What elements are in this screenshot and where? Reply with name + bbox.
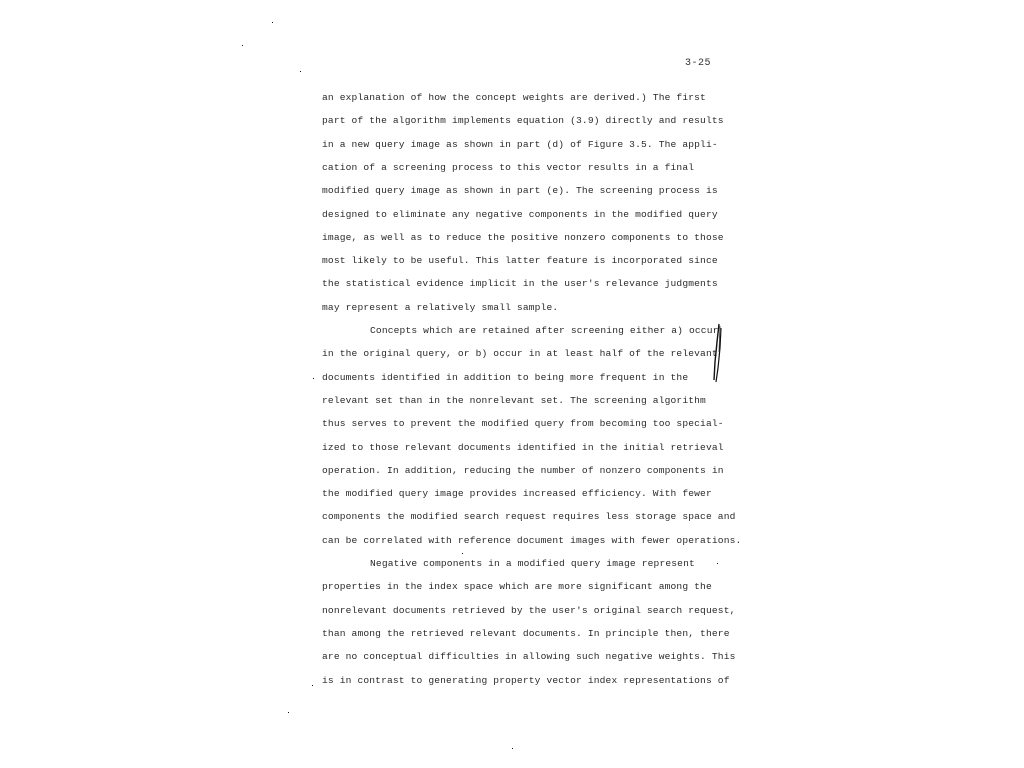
text-line: the statistical evidence implicit in the… — [322, 278, 718, 289]
text-line: than among the retrieved relevant docume… — [322, 628, 730, 639]
text-line: relevant set than in the nonrelevant set… — [322, 395, 706, 406]
scan-speck — [242, 45, 243, 46]
text-line: Concepts which are retained after screen… — [370, 325, 719, 336]
text-line: part of the algorithm implements equatio… — [322, 115, 724, 126]
text-line: components the modified search request r… — [322, 511, 736, 522]
text-line: an explanation of how the concept weight… — [322, 92, 706, 103]
text-line: designed to eliminate any negative compo… — [322, 209, 718, 220]
text-line: thus serves to prevent the modified quer… — [322, 418, 724, 429]
text-line: are no conceptual difficulties in allowi… — [322, 651, 736, 662]
scan-speck — [272, 22, 273, 23]
scan-speck — [512, 748, 513, 749]
text-line: ized to those relevant documents identif… — [322, 442, 724, 453]
scan-speck — [288, 712, 289, 713]
text-line: in the original query, or b) occur in at… — [322, 348, 718, 359]
scan-speck — [313, 378, 314, 379]
text-line: is in contrast to generating property ve… — [322, 675, 730, 686]
text-line: the modified query image provides increa… — [322, 488, 712, 499]
scan-speck — [717, 563, 718, 564]
text-line: operation. In addition, reducing the num… — [322, 465, 724, 476]
scan-speck — [300, 71, 301, 72]
page-number: 3-25 — [685, 58, 711, 69]
text-line: cation of a screening process to this ve… — [322, 162, 694, 173]
text-line: documents identified in addition to bein… — [322, 372, 688, 383]
text-line: modified query image as shown in part (e… — [322, 185, 718, 196]
text-line: can be correlated with reference documen… — [322, 535, 741, 546]
text-line: most likely to be useful. This latter fe… — [322, 255, 718, 266]
text-line: in a new query image as shown in part (d… — [322, 139, 718, 150]
scan-speck — [462, 553, 463, 554]
text-line: image, as well as to reduce the positive… — [322, 232, 724, 243]
text-line: Negative components in a modified query … — [370, 558, 695, 569]
scan-speck — [666, 630, 667, 631]
text-line: may represent a relatively small sample. — [322, 302, 558, 313]
scan-speck — [312, 685, 313, 686]
text-line: nonrelevant documents retrieved by the u… — [322, 605, 736, 616]
margin-handwritten-mark — [712, 322, 726, 384]
text-line: properties in the index space which are … — [322, 581, 712, 592]
